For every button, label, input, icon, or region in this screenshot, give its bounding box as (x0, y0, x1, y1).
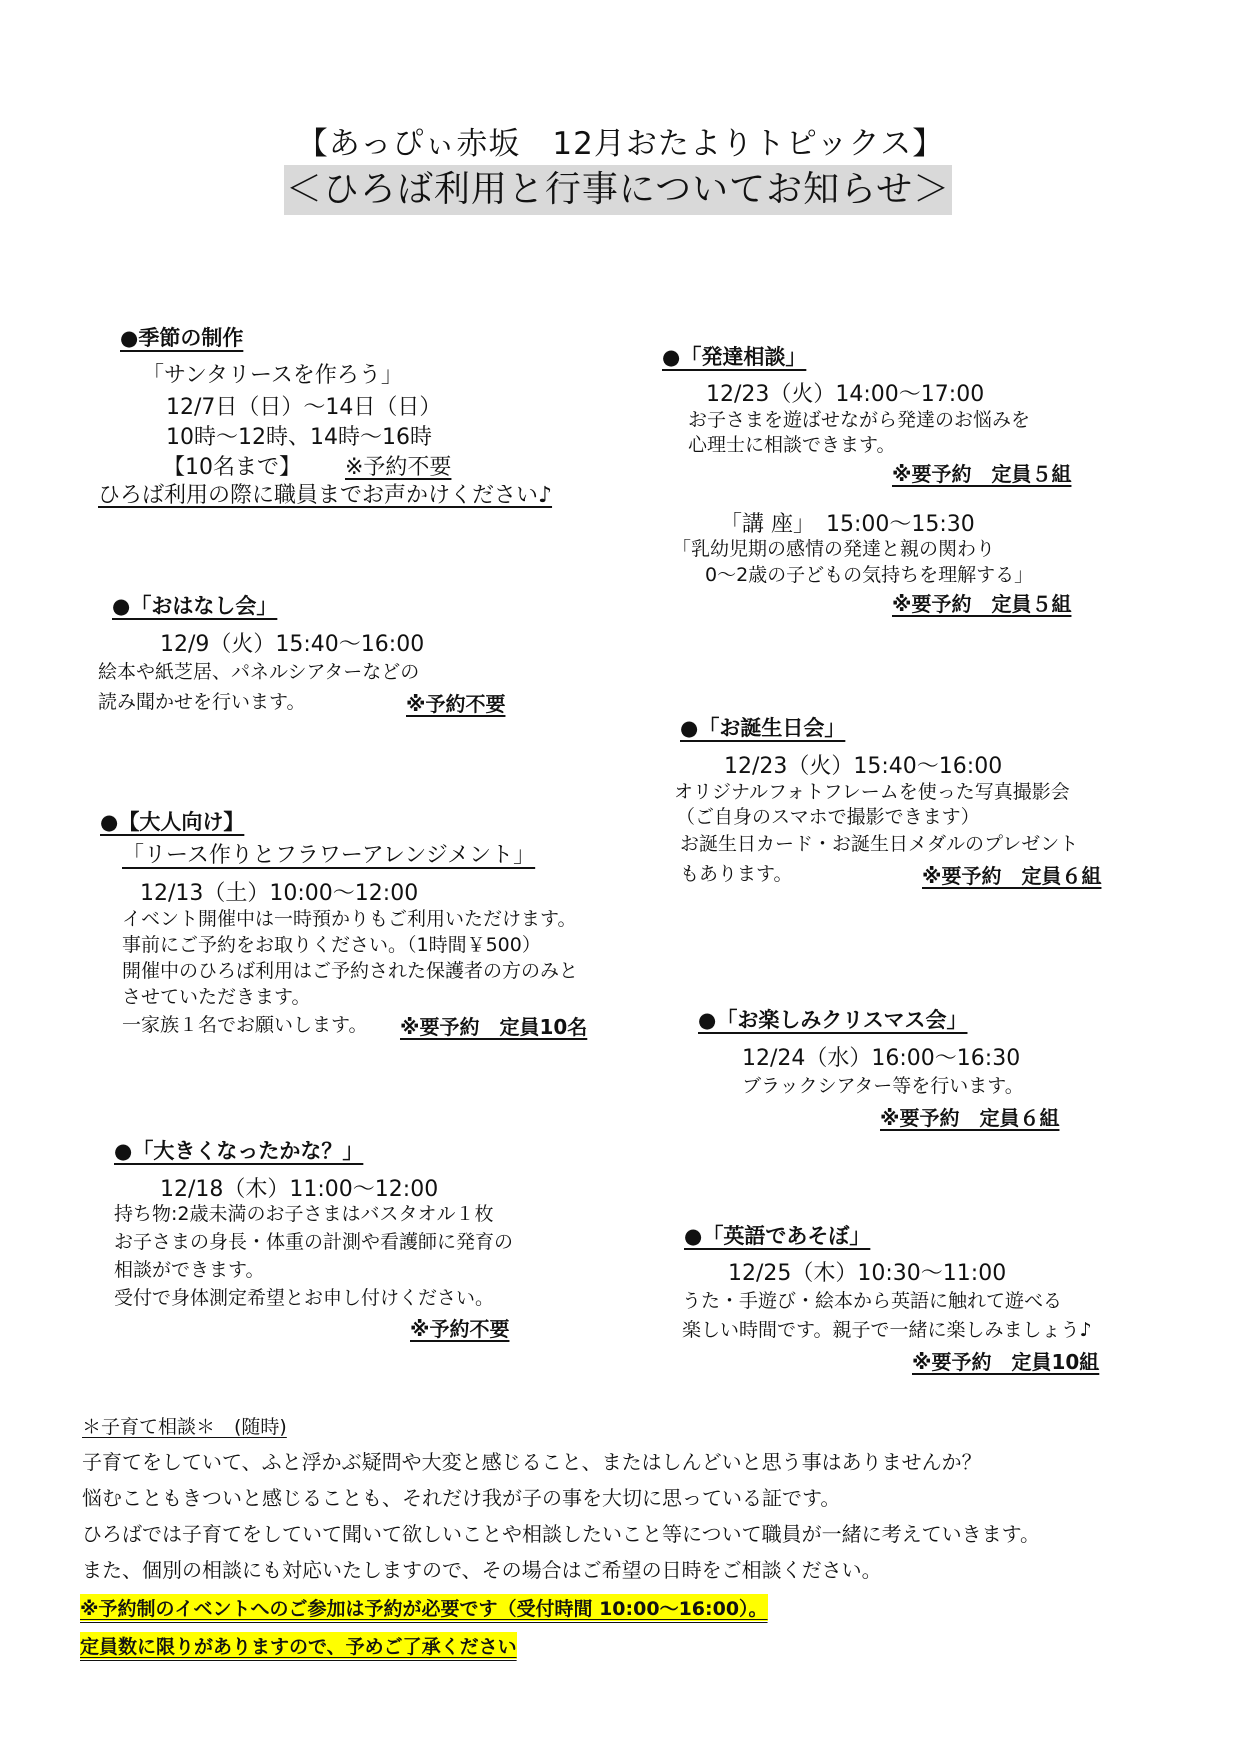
consultation-line: ひろばでは子育てをしていて聞いて欲しいことや相談したいこと等について職員が一緒に… (82, 1518, 1040, 1547)
event-heading: ●「お誕生日会」 (680, 712, 845, 742)
event-reservation: ※要予約 定員６組 (922, 860, 1101, 889)
event-time: 10時～12時、14時～16時 (166, 420, 432, 451)
event-datetime: 12/25（木）10:30～11:00 (728, 1256, 1006, 1287)
event-heading: ●季節の制作 (120, 322, 243, 352)
event-reservation: ※要予約 定員６組 (880, 1102, 1059, 1131)
event-capacity: 【10名まで】 (163, 450, 301, 481)
consultation-line: 悩むこともきついと感じることも、それだけ我が子の事を大切に思っている証です。 (82, 1482, 840, 1511)
event-reservation: ※予約不要 (345, 450, 451, 481)
event-date: 12/7日（日）～14日（日） (166, 390, 441, 421)
event-desc-line: （ご自身のスマホで撮影できます） (676, 804, 980, 830)
event-desc-line: お子さまの身長・体重の計測や看護師に発育の (114, 1228, 513, 1256)
event-desc-line: 事前にご予約をお取りください。（1時間￥500） (122, 932, 541, 958)
event-heading: ●【大人向け】 (100, 806, 244, 836)
event-desc-line: 相談ができます。 (114, 1256, 264, 1284)
event-heading: ●「おはなし会」 (112, 590, 277, 620)
event-datetime: 12/23（火）14:00～17:00 (706, 377, 984, 408)
event-datetime: 12/23（火）15:40～16:00 (724, 749, 1002, 780)
event-title: 「リース作りとフラワーアレンジメント」 (122, 838, 535, 869)
event-desc-line: 「乳幼児期の感情の発達と親の関わり (672, 536, 995, 562)
event-desc-line: お誕生日カード・お誕生日メダルのプレゼント (680, 830, 1078, 858)
notice-limited-capacity: 定員数に限りがありますので、予めご了承ください (80, 1632, 517, 1659)
event-desc-line: 開催中のひろば利用はご予約された保護者の方のみと (122, 958, 578, 984)
event-desc-line: 読み聞かせを行います。 (98, 688, 305, 716)
newsletter-subtitle: ＜ひろば利用と行事についてお知らせ＞ (284, 165, 952, 215)
consultation-title: ＊子育て相談＊ (随時) (82, 1412, 287, 1439)
event-heading: 「講 座」 15:00～15:30 (720, 507, 975, 538)
event-desc-line: 心理士に相談できます。 (688, 432, 895, 458)
event-desc-line: ブラックシアター等を行います。 (742, 1072, 1024, 1100)
event-datetime: 12/24（水）16:00～16:30 (742, 1041, 1020, 1072)
notice-reservation-required: ※予約制のイベントへのご参加は予約が必要です（受付時間 10:00～16:00）… (80, 1594, 768, 1621)
event-desc-line: 絵本や紙芝居、パネルシアターなどの (98, 658, 419, 686)
event-datetime: 12/18（木）11:00～12:00 (160, 1172, 438, 1203)
event-reservation: ※予約不要 (406, 688, 505, 717)
event-reservation: ※要予約 定員10名 (400, 1011, 587, 1040)
event-heading: ●「大きくなったかな？」 (114, 1135, 363, 1165)
event-datetime: 12/9（火）15:40～16:00 (160, 627, 424, 658)
event-desc-line: 受付で身体測定希望とお申し付けください。 (114, 1284, 494, 1312)
newsletter-title: 【あっぴぃ赤坂 12月おたよりトピックス】 (0, 118, 1241, 163)
event-desc-line: 一家族１名でお願いします。 (122, 1012, 367, 1038)
consultation-line: 子育てをしていて、ふと浮かぶ疑問や大変と感じること、またはしんどいと思う事はあり… (82, 1446, 982, 1475)
event-desc-line: もあります。 (680, 860, 792, 888)
event-note: ひろば利用の際に職員までお声かけください♪ (98, 478, 552, 509)
event-datetime: 12/13（土）10:00～12:00 (140, 876, 418, 907)
event-desc-line: オリジナルフォトフレームを使った写真撮影会 (674, 779, 1070, 805)
event-heading: ●「お楽しみクリスマス会」 (698, 1004, 967, 1034)
event-title: 「サンタリースを作ろう」 (142, 358, 403, 389)
event-reservation: ※要予約 定員５組 (892, 588, 1071, 617)
event-reservation: ※要予約 定員５組 (892, 458, 1071, 487)
event-heading: ●「英語であそぼ」 (684, 1220, 870, 1250)
event-reservation: ※予約不要 (410, 1313, 509, 1342)
consultation-line: また、個別の相談にも対応いたしますので、その場合はご希望の日時をご相談ください。 (82, 1554, 882, 1583)
event-desc-line: 持ち物:2歳未満のお子さまはバスタオル１枚 (114, 1200, 494, 1228)
event-heading: ●「発達相談」 (662, 341, 806, 371)
event-desc-line: 楽しい時間です。親子で一緒に楽しみましょう♪ (682, 1316, 1092, 1344)
event-reservation: ※要予約 定員10組 (912, 1346, 1099, 1375)
event-desc-line: うた・手遊び・絵本から英語に触れて遊べる (682, 1287, 1062, 1315)
event-desc-line: イベント開催中は一時預かりもご利用いただけます。 (122, 906, 576, 932)
event-desc-line: させていただきます。 (122, 984, 310, 1010)
event-desc-line: お子さまを遊ばせながら発達のお悩みを (688, 407, 1030, 433)
event-desc-line: 0～2歳の子どもの気持ちを理解する」 (686, 562, 1033, 588)
